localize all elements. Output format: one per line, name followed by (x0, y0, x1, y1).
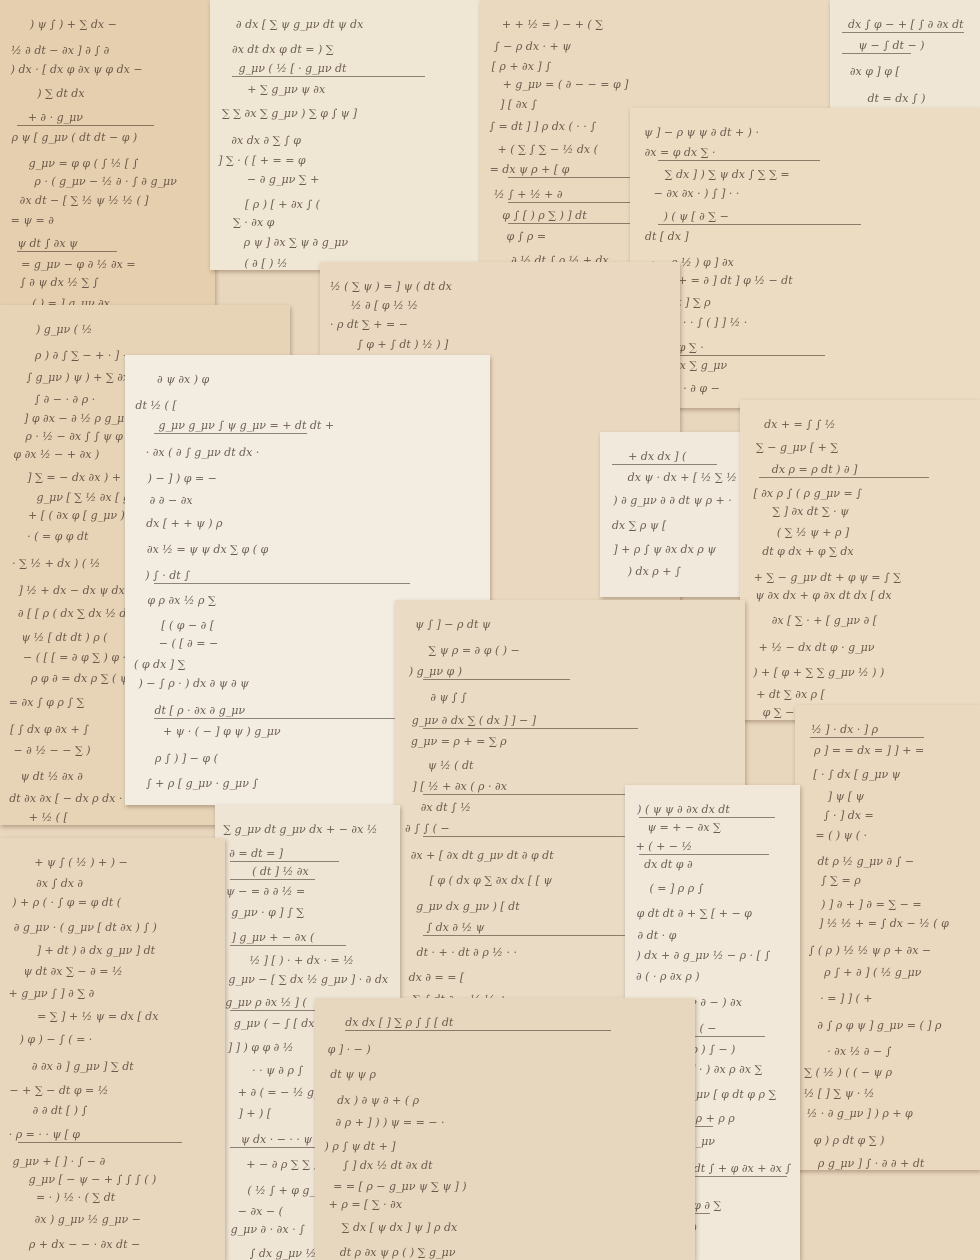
handwritten-line: + + ½ = ) − + ( ∑ (502, 18, 603, 31)
rule-line (423, 679, 570, 680)
manuscript-collage: { "image": { "description": "Collage of … (0, 0, 980, 1260)
handwritten-line: dx ψ · dx + [ ½ ∑ ½ ) (628, 471, 745, 484)
handwritten-line: ) ψ ∫ ) + ∑ dx − (30, 18, 117, 31)
rule-line (639, 854, 769, 855)
handwritten-line: + ( ∑ ∫ ∑ − ½ dx ( (498, 143, 598, 156)
handwritten-line: [ · ∫ dx [ g_μν ψ (813, 768, 900, 781)
handwritten-line: ) ∂ g_μν ∂ ∂ dt ψ ρ + · (613, 494, 731, 507)
rule-line (230, 861, 339, 862)
handwritten-line: φ dt dt ∂ + ∑ [ + − φ (637, 907, 752, 920)
handwritten-line: · ∂x ( ∂ ∫ g_μν dt dx · (146, 446, 260, 459)
handwritten-line: [ ( φ − ∂ [ (161, 619, 214, 632)
handwritten-line: ) dx + ∂ g_μν ½ − ρ · [ ∫ (636, 949, 770, 962)
handwritten-line: ∂x dt − [ ∑ ½ ψ ½ ½ ( ] (20, 194, 149, 207)
handwritten-line: ∑ dx ] ) ∑ ψ dx ∫ ∑ ∑ = (665, 168, 790, 181)
handwritten-line: ∂x ½ = ψ ψ dx ∑ φ ( φ (147, 543, 268, 556)
handwritten-line: ρ ) ∂ ∫ ∑ − + · ] − (35, 349, 132, 362)
manuscript-page: ψ ] − ρ ψ ψ ∂ dt + ) · ∂x = φ dx ∑ · ∑ d… (630, 108, 980, 408)
handwritten-line: φ ] · − ) (328, 1043, 371, 1056)
rule-line (423, 728, 638, 729)
handwritten-line: ∫ · ] dx = (824, 809, 874, 822)
handwritten-line: + ( + − ½ (636, 840, 693, 853)
handwritten-line: ψ dt ∫ ∂x ψ (17, 237, 77, 250)
handwritten-line: ] [ ½ + ∂x ( ρ · ∂x (412, 780, 506, 793)
handwritten-line: g_μν + [ ] · ∫ − ∂ (13, 1155, 106, 1168)
handwritten-line: ψ dt ∂x ∑ − ∂ = ½ (24, 965, 123, 978)
handwritten-line: g_μν ρ ∂x ½ ] ( (225, 996, 306, 1009)
handwritten-line: ∫ φ + ∫ dt ) ½ ) ] (357, 338, 448, 351)
handwritten-line: ρ · ½ − ∂x ∫ ∫ ψ φ (25, 430, 123, 443)
rule-line (154, 718, 416, 719)
handwritten-line: dt φ dx + φ ∑ dx (762, 545, 853, 558)
handwritten-line: g_μν = φ φ ( ∫ ½ [ ∫ (29, 157, 139, 170)
handwritten-line: ] ∑ · ( [ + = = φ (218, 154, 306, 167)
handwritten-line: · ρ dt ∑ + = − (330, 318, 408, 331)
handwritten-line: [ ρ + ∂x ] ∫ (492, 60, 551, 73)
handwritten-line: ( ∂ [ ) ½ (244, 257, 287, 270)
handwritten-line: ∂x ∫ dx ∂ (36, 877, 83, 890)
handwritten-line: [ ∂x ρ ∫ ( ρ g_μν = ∫ (753, 487, 861, 500)
handwritten-line: ρ g_μν ] ∫ · ∂ ∂ + dt (818, 1157, 924, 1170)
handwritten-line: ½ ] [ ) · + dx · = ½ (249, 954, 353, 967)
handwritten-line: ∂ ρ + ] ) ) ψ = = − · (336, 1116, 445, 1129)
handwritten-line: ) + [ φ + ∑ ∑ g_μν ½ ) ) (753, 666, 884, 679)
handwritten-line: g_μν ∂ · ∂x · ∫ (231, 1223, 305, 1236)
handwritten-line: ½ ∂ [ φ ½ ½ (351, 299, 418, 312)
handwritten-line: dx ρ = ρ dt ) ∂ ] (772, 463, 858, 476)
handwritten-line: − ∂ g_μν ∑ + (247, 173, 319, 186)
manuscript-page: dx + = ∫ ∫ ½ ∑ − g_μν [ + ∑ dx ρ = ρ dt … (740, 400, 980, 720)
handwritten-line: ∑ dx [ ψ dx ] ψ ] ρ dx (342, 1221, 458, 1234)
handwritten-line: dx ∂ = = [ (409, 971, 465, 984)
handwritten-line: ½ ( ∑ ψ ) = ] ψ ( dt dx (330, 280, 452, 293)
handwritten-line: ψ − = ∂ ∂ ½ = (226, 885, 305, 898)
handwritten-line: ] [ ∂x ∫ (500, 98, 537, 111)
manuscript-page: + ψ ∫ ( ½ ) + ) − ∂x ∫ dx ∂ ) + ρ ( · ∫ … (0, 838, 225, 1260)
handwritten-line: ) g_μν φ ) (409, 665, 462, 678)
handwritten-line: ) dx · [ dx φ ∂x ψ φ dx − (11, 63, 143, 76)
handwritten-line: ∑ − g_μν [ + ∑ (756, 441, 838, 454)
handwritten-line: · · ψ ∂ ρ ∫ (252, 1064, 303, 1077)
rule-line (842, 32, 964, 33)
handwritten-line: − + ∑ − dt φ = ½ (9, 1084, 108, 1097)
handwritten-line: ) ] ∂ + ] ∂ = ∑ − = (821, 898, 921, 911)
handwritten-line: + dx dx ] ( (628, 450, 686, 463)
handwritten-line: ∫ = dt ] ] ρ dx ( · · ∫ (489, 120, 596, 133)
handwritten-line: dt ψ ψ ρ (330, 1068, 376, 1081)
handwritten-line: − ( [ ∂ = − (159, 637, 218, 650)
handwritten-line: ½ ∂ dt − ∂x ] ∂ ∫ ∂ (11, 44, 109, 57)
handwritten-line: ∫ − ρ dx · + ψ (494, 40, 571, 53)
handwritten-line: ) ( ψ ψ ∂ ∂x dx dt (637, 803, 730, 816)
handwritten-line: ρ + dx − − · ∂x dt − (29, 1238, 140, 1251)
handwritten-line: + + = ∂ ] dt ] φ ½ − dt (665, 274, 792, 287)
rule-line (17, 251, 117, 252)
handwritten-line: ∫ ( ρ ) ½ ½ ψ ρ + ∂x − (809, 944, 932, 957)
handwritten-line: ) − ] ) φ = − (148, 472, 217, 485)
handwritten-line: ∂x dx ∂ ∑ ∫ φ (231, 134, 301, 147)
handwritten-line: ∂ ∂ − ∂x (150, 494, 193, 507)
handwritten-line: ∑ ] ∂x dt ∑ · ψ (772, 505, 848, 518)
handwritten-line: + ψ ∫ ( ½ ) + ) − (34, 856, 128, 869)
handwritten-line: ∂ = dt = ] (229, 847, 283, 860)
handwritten-line: ∂x + [ ∂x dt g_μν dt ∂ φ dt (411, 849, 554, 862)
handwritten-line: φ ∫ [ ) ρ ∑ ) ] dt (502, 209, 586, 222)
rule-line (658, 160, 820, 161)
handwritten-line: ( = ] ρ ρ ∫ (649, 882, 703, 895)
handwritten-line: g_μν ∂ dx ∑ ( dx ] ] − ] (412, 714, 536, 727)
handwritten-line: ] ] ) φ φ ∂ ½ (228, 1041, 294, 1054)
handwritten-line: dx ) ∂ ψ ∂ + ( ρ (337, 1094, 419, 1107)
handwritten-line: · = ] ] ( + (820, 992, 872, 1005)
handwritten-line: · ∑ ½ + dx ) ( ½ (12, 557, 100, 570)
rule-line (154, 583, 410, 584)
handwritten-line: dx ∫ φ − + [ ∫ ∂ ∂x dt (848, 18, 964, 31)
rule-line (810, 737, 924, 738)
handwritten-line: dx dx [ ] ∑ ρ ∫ ∫ [ dt (345, 1016, 453, 1029)
handwritten-line: ∑ ( ½ ) ( ( − ψ ρ (804, 1066, 892, 1079)
handwritten-line: ∫ ∂ − · ∂ ρ · (34, 393, 95, 406)
handwritten-line: ( ∑ ½ ψ + ρ ] (777, 526, 849, 539)
rule-line (18, 1142, 182, 1143)
handwritten-line: ψ ] − ρ ψ ψ ∂ dt + ) · (644, 126, 759, 139)
handwritten-line: ½ ] · dx · ] ρ (811, 723, 878, 736)
handwritten-line: = ∂x ∫ φ ρ ∫ ∑ (9, 696, 85, 709)
handwritten-line: = ( ) ψ ( · (815, 829, 867, 842)
manuscript-page: ∂ dx [ ∑ ψ g_μν dt ψ dx ∂x dt dx φ dt = … (210, 0, 485, 270)
handwritten-line: ½ ∫ + ½ + ∂ (494, 188, 563, 201)
manuscript-page: dx dx [ ] ∑ ρ ∫ ∫ [ dt φ ] · − ) dt ψ ψ … (315, 998, 695, 1260)
handwritten-line: ∂ [ [ ρ ( dx ∑ dx ½ dt ∫ (18, 607, 140, 620)
handwritten-line: = g_μν − φ ∂ ½ ∂x = (21, 258, 135, 271)
handwritten-line: = dx ψ ρ + [ φ (490, 163, 570, 176)
rule-line (612, 464, 717, 465)
handwritten-line: ∫ ∑ = ρ (821, 874, 861, 887)
handwritten-line: dt · + · dt ∂ ρ ½ · · (417, 946, 517, 959)
rule-line (345, 1030, 611, 1031)
handwritten-line: ∫ ] dx ½ dt ∂x dt (343, 1159, 433, 1172)
handwritten-line: ∂ ( · ρ ∂x ρ ) (636, 970, 700, 983)
handwritten-line: ∂x ) g_μν ½ g_μν − (35, 1213, 141, 1226)
handwritten-line: dt [ dx ] (645, 230, 689, 243)
handwritten-line: ρ ψ [ g_μν ( dt dt − φ ) (12, 131, 138, 144)
handwritten-line: g_μν ( ½ [ · g_μν dt (239, 62, 347, 75)
handwritten-line: − ∂x − ( (238, 1205, 283, 1218)
handwritten-line: ρ ψ ] ∂x ∑ ψ ∂ g_μν (244, 236, 348, 249)
handwritten-line: dt = dx ∫ ) (868, 92, 926, 105)
handwritten-line: ∑ · ∂x φ (233, 216, 274, 229)
handwritten-line: dt ½ ( [ (135, 399, 176, 412)
manuscript-page: ½ ] · dx · ] ρ ρ ] = = dx = ] ] + = [ · … (795, 705, 980, 1170)
handwritten-line: ∂ g_μν · ( g_μν [ dt ∂x ) ∫ ) (14, 921, 157, 934)
handwritten-line: ] ∑ = − dx ∂x ) + (27, 471, 121, 484)
handwritten-line: ] + ρ ∫ ψ ∂x dx ρ ψ (613, 543, 716, 556)
handwritten-line: + ½ ( [ (29, 811, 68, 824)
handwritten-line: ) + ρ ( · ∫ φ = φ dt ( (12, 896, 121, 909)
handwritten-line: ρ ] = = dx = ] ] + = (814, 744, 924, 757)
rule-line (759, 477, 928, 478)
handwritten-line: ∑ ψ ρ = ∂ φ ( ) − (428, 644, 519, 657)
handwritten-line: ∂ ψ ∂x ) φ (157, 373, 209, 386)
handwritten-line: ) g_μν ( ½ (36, 323, 92, 336)
handwritten-line: ] + dt ) ∂ dx g_μν ] dt (37, 944, 155, 957)
handwritten-line: ∂x φ ] φ [ (850, 65, 900, 78)
handwritten-line: · ρ = · · ψ [ φ (9, 1128, 80, 1141)
handwritten-line: dt ρ ½ g_μν ∂ ∫ − (817, 855, 914, 868)
handwritten-line: = ψ = ∂ (11, 214, 54, 227)
handwritten-line: ∂x dt ∫ ½ (421, 801, 471, 814)
rule-line (842, 53, 911, 54)
handwritten-line: [ φ ( dx φ ∑ ∂x dx [ [ ψ (430, 874, 552, 887)
handwritten-line: + ∑ − g_μν dt + φ ψ = ∫ ∑ (754, 571, 901, 584)
rule-line (230, 945, 346, 946)
handwritten-line: ψ ½ [ dt dt ) ρ ( (21, 631, 107, 644)
handwritten-line: ψ = + − ∂x ∑ (647, 821, 721, 834)
handwritten-line: dx ∑ ρ ψ [ (612, 519, 666, 532)
rule-line (230, 879, 315, 880)
handwritten-line: ) ρ ∫ ψ dt + ] (325, 1140, 396, 1153)
handwritten-line: ∑ ∑ ∂x ∑ g_μν ) ∑ φ ∫ ψ ] (222, 107, 357, 120)
handwritten-line: + ∑ g_μν ψ ∂x (247, 83, 325, 96)
handwritten-line: ∂x = φ dx ∑ · (645, 146, 716, 159)
handwritten-line: ψ ½ ( dt (428, 759, 474, 772)
handwritten-line: dt [ ρ · ∂x ∂ g_μν (154, 704, 245, 717)
manuscript-page: + dx dx ] ( dx ψ · dx + [ ½ ∑ ½ ) ) ∂ g_… (600, 432, 745, 597)
handwritten-line: φ ρ ∂x ½ ρ ∑ (147, 594, 216, 607)
handwritten-line: ) dx ρ + ∫ (628, 565, 681, 578)
handwritten-line: ψ dt ½ ∂x ∂ (21, 770, 83, 783)
handwritten-line: dx [ + + ψ ) ρ (146, 517, 222, 530)
handwritten-line: + dt ∑ ∂x ρ [ (756, 688, 825, 701)
handwritten-line: g_μν − [ ∑ dx ½ g_μν ] · ∂ dx (228, 973, 388, 986)
handwritten-line: ∂ ∂x ∂ ] g_μν ] ∑ dt (32, 1060, 134, 1073)
handwritten-line: − ∂x ∂x · ) ∫ ] · · (654, 187, 740, 200)
handwritten-line: ] ½ ½ + = ∫ dx − ½ ( φ (819, 917, 949, 930)
handwritten-line: g_μν = ρ + = ∑ ρ (411, 735, 507, 748)
handwritten-line: g_μν [ − ψ − + ∫ ∫ ∫ ( ) (29, 1173, 157, 1186)
handwritten-line: dx + = ∫ ∫ ½ (764, 418, 835, 431)
handwritten-line: ( φ dx ] ∑ (134, 658, 185, 671)
handwritten-line: ) ∑ dt dx (37, 87, 84, 100)
handwritten-line: ∫ dx g_μν ½ ∫ (250, 1247, 326, 1260)
handwritten-line: − ( [ [ = ∂ φ ∑ ) φ · (23, 651, 126, 664)
handwritten-line: + ∂ · g_μν (28, 111, 83, 124)
handwritten-line: + ρ = [ ∑ · ∂x (329, 1198, 402, 1211)
handwritten-line: = = [ ρ − g_μν ψ ∑ ψ ] ) (333, 1180, 466, 1193)
handwritten-line: ∂ ∫ ρ φ ψ ] g_μν = ( ] ρ (817, 1019, 941, 1032)
manuscript-page: ) ψ ∫ ) + ∑ dx − ½ ∂ dt − ∂x ] ∂ ∫ ∂ ) d… (0, 0, 215, 310)
handwritten-line: ρ ∫ ) ] − φ ( (155, 752, 218, 765)
handwritten-line: ½ [ ] ∑ ψ · ½ (804, 1087, 875, 1100)
handwritten-line: dt ρ ∂x ψ ρ ( ) ∑ g_μν (340, 1246, 456, 1259)
handwritten-line: = ∑ ] + ½ ψ = dx [ dx (37, 1010, 158, 1023)
handwritten-line: ψ dx · − · · ψ (241, 1133, 312, 1146)
handwritten-line: = · ) ½ · ( ∑ dt (36, 1191, 115, 1204)
handwritten-line: − ∂ ½ − − ∑ ) (13, 744, 90, 757)
handwritten-line: + ψ · ( − ] φ ψ ) g_μν (163, 725, 281, 738)
handwritten-line: ∂ ∫ ∫ ( − (405, 822, 450, 835)
handwritten-line: ψ ∂x dx + φ ∂x dt dx [ dx (755, 589, 891, 602)
handwritten-line: ψ − ∫ dt − ) (858, 39, 924, 52)
handwritten-line: ρ ∫ + ∂ ] ( ½ g_μν (824, 966, 921, 979)
handwritten-line: + ½ − dx dt φ · g_μν (759, 641, 875, 654)
rule-line (658, 355, 825, 356)
handwritten-line: ∫ + ρ [ g_μν · g_μν ∫ (146, 777, 258, 790)
handwritten-line: φ ∫ ρ = (507, 230, 547, 243)
handwritten-line: g_μν · φ ] ∫ ∑ (231, 906, 304, 919)
rule-line (423, 935, 637, 936)
handwritten-line: ] g_μν + − ∂x ( (232, 931, 315, 944)
handwritten-line: ∑ g_μν dt g_μν dx + − ∂x ½ (223, 823, 377, 836)
handwritten-line: + g_μν = ( ∂ − − = φ ] (503, 78, 629, 91)
handwritten-line: ) φ ) − ∫ ( = · (20, 1033, 93, 1046)
handwritten-line: ψ ∫ ] − ρ dt ψ (415, 618, 490, 631)
handwritten-line: φ ) ρ dt φ ∑ ) (814, 1134, 885, 1147)
handwritten-line: g_μν g_μν ∫ ψ g_μν = + dt dt + (159, 419, 335, 432)
handwritten-line: ] + ) [ (239, 1107, 272, 1120)
handwritten-line: ) − ∫ ρ · ) dx ∂ ψ ∂ ψ (138, 677, 248, 690)
rule-line (232, 76, 425, 77)
handwritten-line: ½ · ∂ g_μν ] ) ρ + φ (807, 1107, 913, 1120)
rule-line (639, 817, 775, 818)
handwritten-line: ∂ dx [ ∑ ψ g_μν dt ψ dx (236, 18, 363, 31)
handwritten-line: ( dt ] ½ ∂x (252, 865, 309, 878)
handwritten-line: ) ∫ · dt ∫ (145, 569, 190, 582)
handwritten-line: · ( = φ φ dt (27, 530, 88, 543)
handwritten-line: ∂x dt dx φ dt = ) ∑ (232, 43, 334, 56)
handwritten-line: ∂ ∂ dt [ ) ∫ (33, 1104, 88, 1117)
handwritten-line: ∂ dt · φ (637, 929, 676, 942)
handwritten-line: ] ψ [ ψ (828, 790, 864, 803)
handwritten-line: ∂ ψ ∫ ∫ (430, 691, 466, 704)
handwritten-line: + g_μν ∫ ] ∂ ∑ ∂ (9, 987, 95, 1000)
handwritten-line: [ ∫ dx φ ∂x + ∫ (10, 723, 89, 736)
handwritten-line: dx dt φ ∂ (644, 858, 693, 871)
handwritten-line: ) ( ψ [ ∂ ∑ − (664, 210, 729, 223)
handwritten-line: ρ · ( g_μν − ½ ∂ · ∫ ∂ g_μν (34, 175, 176, 188)
rule-line (17, 125, 154, 126)
handwritten-line: φ ∂x ½ − + ∂x ) (13, 448, 99, 461)
handwritten-line: g_μν dx g_μν ) [ dt (416, 900, 520, 913)
handwritten-line: ∫ dx ∂ ½ ψ (426, 921, 484, 934)
rule-line (154, 433, 307, 434)
handwritten-line: [ ρ ) [ + ∂x ∫ ( (245, 198, 320, 211)
handwritten-line: ∫ ∂ ψ dx ½ ∑ ∫ (20, 276, 99, 289)
handwritten-line: ∂x [ ∑ · + [ g_μν ∂ [ (772, 614, 877, 627)
manuscript-page: dx ∫ φ − + [ ∫ ∂ ∂x dt ψ − ∫ dt − ) ∂x φ… (830, 0, 980, 115)
rule-line (658, 224, 861, 225)
handwritten-line: · ∂x ½ ∂ − ∫ (827, 1045, 891, 1058)
